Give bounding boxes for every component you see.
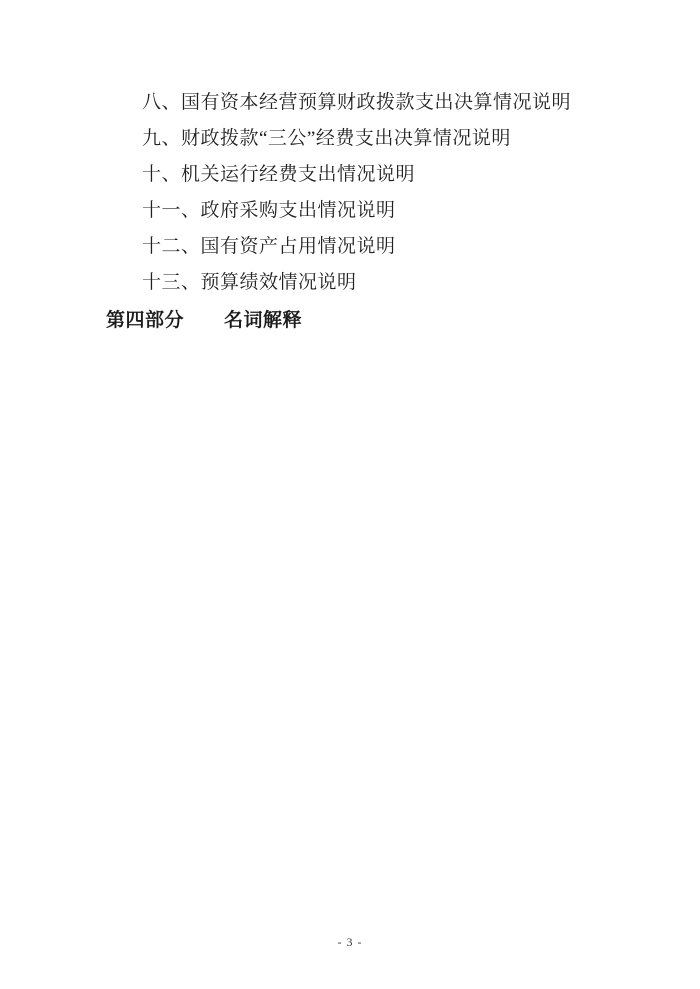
document-page: 八、国有资本经营预算财政拨款支出决算情况说明 九、财政拨款“三公”经费支出决算情… xyxy=(0,0,700,989)
section-heading: 第四部分名词解释 xyxy=(106,302,700,339)
toc-item: 十二、国有资产占用情况说明 xyxy=(142,229,700,265)
page-footer: - 3 - xyxy=(0,933,700,951)
toc-item: 八、国有资本经营预算财政拨款支出决算情况说明 xyxy=(142,85,700,121)
toc-item: 十一、政府采购支出情况说明 xyxy=(142,193,700,229)
section-heading-title: 名词解释 xyxy=(224,310,302,331)
toc-item: 十三、预算绩效情况说明 xyxy=(142,265,700,301)
section-heading-number: 第四部分 xyxy=(106,310,184,331)
table-of-contents: 八、国有资本经营预算财政拨款支出决算情况说明 九、财政拨款“三公”经费支出决算情… xyxy=(0,85,700,339)
page-number: - 3 - xyxy=(338,935,363,949)
toc-item: 十、机关运行经费支出情况说明 xyxy=(142,157,700,193)
toc-item: 九、财政拨款“三公”经费支出决算情况说明 xyxy=(142,121,700,157)
